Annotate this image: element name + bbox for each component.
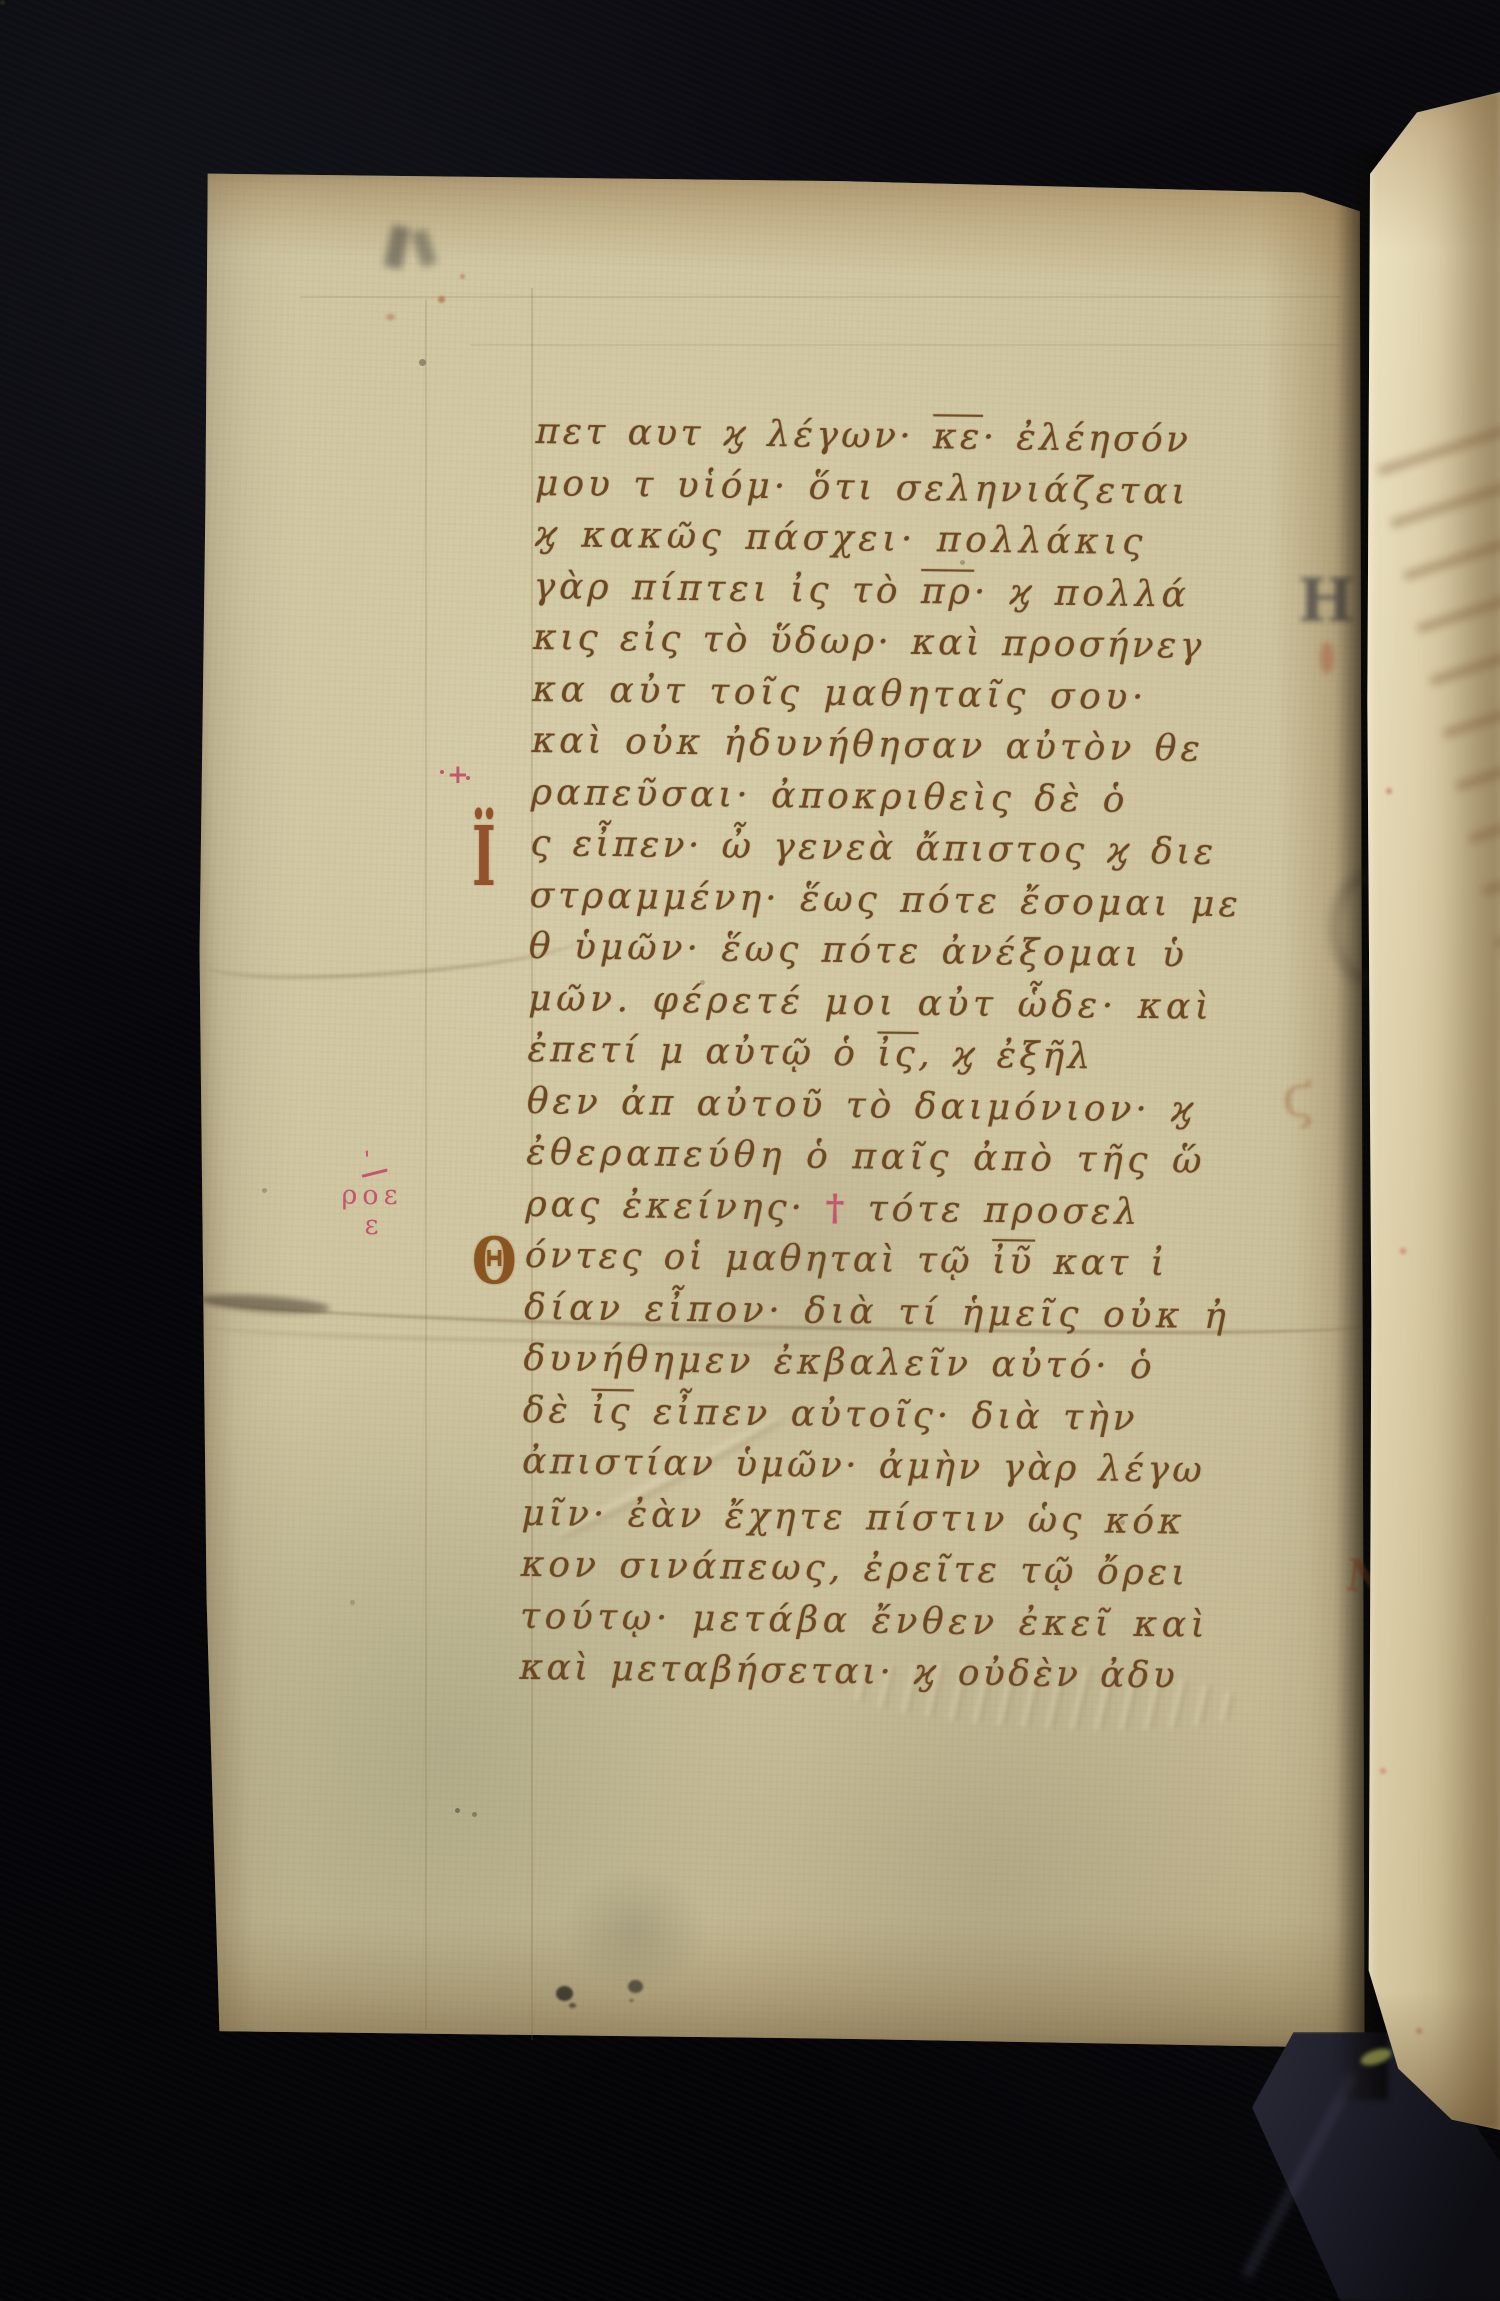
ruling-line-vertical-outer — [425, 300, 427, 2030]
text-segment: ς εἶπεν· ὦ γενεὰ ἄπιστος ϗ διε — [530, 823, 1217, 873]
rust-speck — [460, 274, 465, 279]
text-segment: κις εἰς τὸ ὕδωρ· καὶ προσήνεγ — [533, 617, 1205, 667]
text-segment: τούτῳ· μετάβα ἔνθεν ἐκεῖ καὶ — [520, 1595, 1210, 1645]
ink-blot — [556, 1986, 573, 2001]
text-segment: θ ὑμῶν· ἕως πότε ἀνέξομαι ὑ — [529, 926, 1188, 976]
text-segment: γὰρ πίπτει ἰς τὸ — [533, 565, 921, 611]
text-segment: καὶ μεταβήσεται· ϗ οὐδὲν ἀδυ — [519, 1647, 1178, 1697]
ruling-line-horizontal-second — [470, 344, 1340, 346]
text-segment: κα αὐτ τοῖς μαθηταῖς σου· — [532, 668, 1148, 717]
eusebian-canon-letter: ε — [330, 1211, 414, 1241]
text-segment: · ϗ πολλά — [974, 571, 1191, 615]
red-offset-stain — [1320, 642, 1334, 674]
text-segment: πετ αυτ ϗ λέγων· — [535, 411, 933, 457]
text-segment: ἰς — [877, 1034, 919, 1076]
faint-ink-smudge — [380, 218, 450, 282]
text-segment: μου τ υἱόμ· ὅτι σεληνιάζεται — [535, 462, 1190, 512]
manuscript-photo: { "scene": { "type": "photograph of a pa… — [0, 0, 1500, 2301]
text-segment: πρ — [921, 571, 974, 613]
text-segment: κατ ἰ — [1034, 1242, 1168, 1285]
text-segment: μῶν. φέρετέ μοι αὐτ ὧδε· καὶ — [528, 977, 1214, 1027]
rust-speck — [386, 314, 395, 320]
manuscript-text-line: καὶ μεταβήσεται· ϗ οὐδὲν ἀδυ — [519, 1642, 1350, 1704]
next-leaf-fore-edge — [1366, 88, 1500, 2134]
text-segment: κε — [933, 416, 983, 458]
text-segment: κον σινάπεως, ἐρεῖτε τῷ ὄρει — [521, 1544, 1190, 1594]
text-segment: ἐπετί μ αὐτῷ ὁ — [527, 1029, 877, 1075]
text-segment: , ϗ ἐξῆλ — [918, 1034, 1094, 1077]
text-segment: εἶπεν αὐτοῖς· διὰ τὴν — [633, 1391, 1139, 1439]
text-segment: · ἐλέησόν — [982, 417, 1191, 461]
text-segment: τότε προσελ — [848, 1188, 1141, 1233]
text-segment: ἰῦ — [992, 1241, 1035, 1283]
text-segment: δυνήθημεν ἐκβαλεῖν αὐτό· ὁ — [523, 1338, 1156, 1387]
enlarged-initial-iota: Ϊ — [472, 816, 496, 898]
ruling-line-horizontal-top — [300, 296, 1340, 298]
text-segment: δίαν εἶπον· διὰ τί ἡμεῖς οὐκ ἠ — [524, 1286, 1231, 1336]
text-segment: ϗ κακῶς πάσχει· πολλάκις — [534, 514, 1147, 563]
text-segment: όντες οἱ μαθηταὶ τῷ — [525, 1235, 993, 1282]
section-number-tick: ʹ — [357, 1147, 388, 1177]
blurred-text-of-next-leaf — [1370, 386, 1500, 1971]
ammonian-section-number: ροε — [341, 1180, 402, 1211]
text-segment: θεν ἀπ αὐτοῦ τὸ δαιμόνιον· ϗ — [527, 1080, 1197, 1130]
red-ink-hints-next-leaf — [1386, 788, 1392, 794]
faint-margin-mark: ϛ — [1282, 1062, 1314, 1130]
ink-specks — [0, 0, 5, 5]
text-segment: μῖν· ἐὰν ἔχητε πίστιν ὡς κόκ — [521, 1492, 1186, 1542]
red-cross-mark: † — [825, 1186, 848, 1228]
text-segment: ἰς — [591, 1390, 634, 1432]
red-lection-mark: + — [447, 760, 469, 790]
enlarged-initial-theta: Θ — [472, 1230, 517, 1294]
text-segment: ρας ἐκείνης· — [525, 1183, 825, 1228]
red-section-number: ʹ ροε ε — [330, 1146, 414, 1241]
text-segment: δὲ — [523, 1389, 592, 1431]
greek-text-block: πετ αυτ ϗ λέγων· κε· ἐλέησόνμου τ υἱόμ· … — [519, 406, 1366, 1704]
text-segment: στραμμένη· ἕως πότε ἔσομαι με — [529, 874, 1242, 924]
text-segment: ἐθεραπεύθη ὁ παῖς ἀπὸ τῆς ὥ — [526, 1132, 1206, 1182]
ink-blot — [628, 1980, 643, 1993]
text-segment: ἀπιστίαν ὑμῶν· ἀμὴν γὰρ λέγω — [522, 1441, 1205, 1491]
text-segment: καὶ οὐκ ἠδυνήθησαν αὐτὸν θε — [531, 720, 1204, 770]
rust-speck — [438, 296, 445, 303]
text-segment: ραπεῦσαι· ἀποκριθεὶς δὲ ὁ — [531, 771, 1129, 820]
